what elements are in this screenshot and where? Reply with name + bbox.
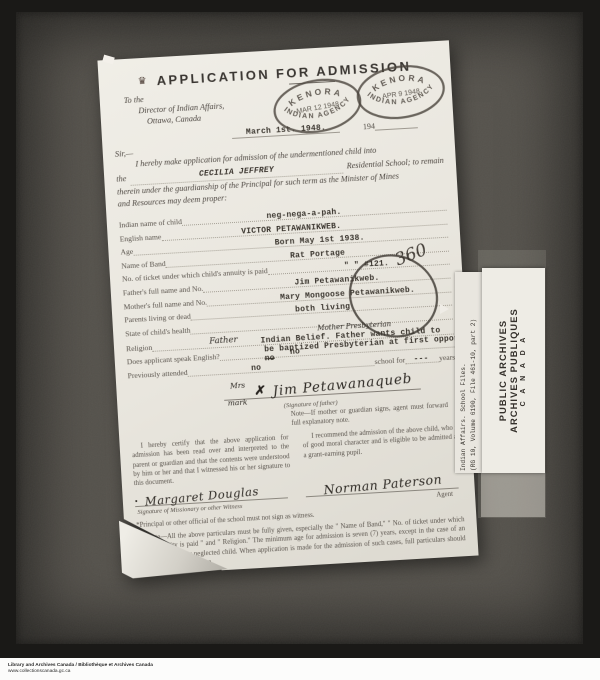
field-value-typed: --- [413,354,429,364]
application-form-page: ♛ APPLICATION FOR ADMISSION KENORA MAR 1… [97,40,478,575]
archive-ref-line1: Indian Affairs. School Files. [459,270,469,471]
witness-bullet: • [135,497,138,506]
field-value-typed: no [251,364,262,374]
field-label: school for [374,355,405,366]
religion-struck-word: no [264,354,275,364]
intro-line2-pre: the [116,174,127,187]
handwritten-mark-word: mark [228,397,248,407]
microfilm-scan: ♛ APPLICATION FOR ADMISSION KENORA MAR 1… [0,0,600,658]
archive-ref-line2: (RG 10, Volume 6190, File 461-10, part 2… [469,270,479,471]
public-archives-line3: C A N A D A [520,268,528,473]
field-label: Religion [126,343,153,353]
public-archives-line2: ARCHIVES PUBLIQUES [509,268,520,473]
typed-school-name: CECILIA JEFFREY [199,165,274,178]
agent-caption: Agent [436,491,453,499]
field-label: Previously attended [127,368,188,380]
handwritten-father-name: Jim Petawanaqueb [272,370,413,399]
lac-footer: Library and Archives Canada / Bibliothèq… [0,658,600,680]
tape-lower-segment [481,470,545,517]
recommend-paragraph: I recommend the admission of the above c… [302,424,461,479]
certify-paragraph: I hereby certify that the above applicat… [131,433,290,488]
paper-sheet: ♛ APPLICATION FOR ADMISSION KENORA MAR 1… [97,40,478,575]
archive-reference-label: Indian Affairs. School Files. (RG 10, Vo… [455,272,482,473]
crest-icon: ♛ [137,76,147,86]
footer-line2: www.collectionscanada.gc.ca [8,669,600,675]
handwritten-father: Father [209,335,238,347]
public-archives-line1: PUBLIC ARCHIVES [498,268,509,473]
x-mark: ✗ [254,382,266,399]
handwritten-mrs: Mrs [230,381,246,391]
public-archives-label: PUBLIC ARCHIVES ARCHIVES PUBLIQUES C A N… [482,268,545,473]
field-label: years [439,352,456,362]
